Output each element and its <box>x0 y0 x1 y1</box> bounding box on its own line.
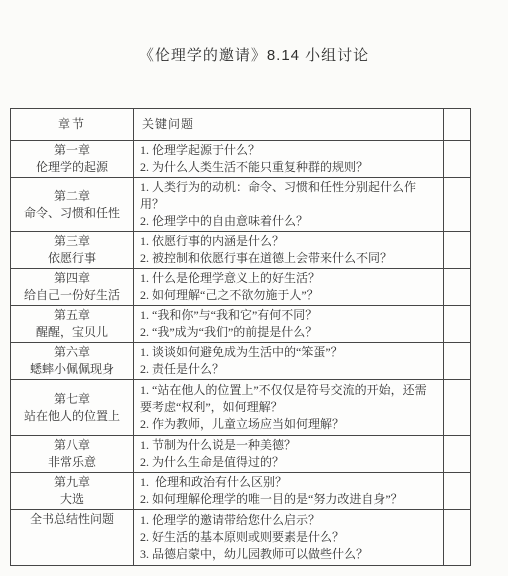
question-line: 1. 伦理学的邀请带给您什么启示？ <box>140 512 437 529</box>
chapter-line: 第九章 <box>14 474 130 491</box>
score-cell <box>444 232 471 269</box>
chapter-line: 第八章 <box>14 437 130 454</box>
score-cell <box>444 306 471 343</box>
table-row: 第九章 大选 1. 伦理和政治有什么区别？ 2. 如何理解伦理学的唯一目的是“努… <box>11 473 471 510</box>
chapter-cell: 第五章 醒醒，宝贝儿 <box>11 306 134 343</box>
question-line: 2. 好生活的基本原则或则要素是什么？ <box>140 529 437 546</box>
chapter-cell: 第二章 命令、习惯和任性 <box>11 178 134 232</box>
questions-cell: 1. 依愿行事的内涵是什么？ 2. 被控制和依愿行事在道德上会带来什么不同？ <box>134 232 444 269</box>
question-line: 1. 节制为什么说是一种美德？ <box>140 437 437 454</box>
chapter-line: 依愿行事 <box>14 250 130 267</box>
chapter-cell: 第四章 给自己一份好生活 <box>11 269 134 306</box>
chapter-cell: 第八章 非常乐意 <box>11 436 134 473</box>
table-row: 第七章 站在他人的位置上 1. “站在他人的位置上”不仅仅是符号交流的开始，还需… <box>11 380 471 436</box>
chapter-cell: 第七章 站在他人的位置上 <box>11 380 134 436</box>
document-page: 《伦理学的邀请》8.14 小组讨论 章节 关键问题 第一章 伦理学的起源 1. … <box>0 0 508 576</box>
chapter-cell: 第一章 伦理学的起源 <box>11 141 134 178</box>
score-cell <box>444 141 471 178</box>
question-line: 2. 为什么生命是值得过的？ <box>140 454 437 471</box>
question-line: 2. 如何理解伦理学的唯一目的是“努力改进自身”？ <box>140 491 437 508</box>
question-line: 1. 人类行为的动机：命令、习惯和任性分别起什么作用？ <box>140 179 437 213</box>
header-questions: 关键问题 <box>134 109 444 141</box>
question-line: 1. 伦理和政治有什么区别？ <box>140 474 437 491</box>
score-cell <box>444 343 471 380</box>
chapter-line: 第七章 <box>14 391 130 408</box>
question-line: 1. 谈谈如何避免成为生活中的“笨蛋”？ <box>140 344 437 361</box>
table-row: 第八章 非常乐意 1. 节制为什么说是一种美德？ 2. 为什么生命是值得过的？ <box>11 436 471 473</box>
chapter-line: 给自己一份好生活 <box>14 287 130 304</box>
chapter-line: 第一章 <box>14 142 130 159</box>
questions-cell: 1. 伦理学的邀请带给您什么启示？ 2. 好生活的基本原则或则要素是什么？ 3.… <box>134 510 444 566</box>
question-line: 2. 伦理学中的自由意味着什么？ <box>140 213 437 230</box>
questions-cell: 1. 伦理学起源于什么？ 2. 为什么人类生活不能只重复种群的规则？ <box>134 141 444 178</box>
table-row: 第五章 醒醒，宝贝儿 1. “我和你”与“我和它”有何不同？ 2. “我”成为“… <box>11 306 471 343</box>
table-row: 第三章 依愿行事 1. 依愿行事的内涵是什么？ 2. 被控制和依愿行事在道德上会… <box>11 232 471 269</box>
discussion-table: 章节 关键问题 第一章 伦理学的起源 1. 伦理学起源于什么？ 2. 为什么人类… <box>10 108 471 566</box>
table-row: 第四章 给自己一份好生活 1. 什么是伦理学意义上的好生活？ 2. 如何理解“己… <box>11 269 471 306</box>
question-line: 2. 为什么人类生活不能只重复种群的规则？ <box>140 159 437 176</box>
questions-cell: 1. 谈谈如何避免成为生活中的“笨蛋”？ 2. 责任是什么？ <box>134 343 444 380</box>
score-cell <box>444 380 471 436</box>
chapter-line: 伦理学的起源 <box>14 159 130 176</box>
header-score <box>444 109 471 141</box>
questions-cell: 1. 节制为什么说是一种美德？ 2. 为什么生命是值得过的？ <box>134 436 444 473</box>
chapter-line: 非常乐意 <box>14 454 130 471</box>
score-cell <box>444 473 471 510</box>
chapter-line: 大选 <box>14 491 130 508</box>
table-row: 全书总结性问题 1. 伦理学的邀请带给您什么启示？ 2. 好生活的基本原则或则要… <box>11 510 471 566</box>
questions-cell: 1. 什么是伦理学意义上的好生活？ 2. 如何理解“己之不欲勿施于人”？ <box>134 269 444 306</box>
question-line: 3. 品德启蒙中，幼儿园教师可以做些什么？ <box>140 546 437 563</box>
chapter-line: 第六章 <box>14 344 130 361</box>
chapter-cell: 全书总结性问题 <box>11 510 134 566</box>
chapter-line: 第三章 <box>14 233 130 250</box>
chapter-cell: 第六章 蟋蟀小佩佩现身 <box>11 343 134 380</box>
question-line: 2. 被控制和依愿行事在道德上会带来什么不同？ <box>140 250 437 267</box>
score-cell <box>444 436 471 473</box>
score-cell <box>444 269 471 306</box>
question-line: 2. “我”成为“我们”的前提是什么？ <box>140 324 437 341</box>
score-cell <box>444 178 471 232</box>
header-chapter: 章节 <box>11 109 134 141</box>
question-line: 2. 作为教师，儿童立场应当如何理解？ <box>140 416 437 433</box>
score-cell <box>444 510 471 566</box>
questions-cell: 1. “我和你”与“我和它”有何不同？ 2. “我”成为“我们”的前提是什么？ <box>134 306 444 343</box>
questions-cell: 1. 伦理和政治有什么区别？ 2. 如何理解伦理学的唯一目的是“努力改进自身”？ <box>134 473 444 510</box>
question-line: 1. “站在他人的位置上”不仅仅是符号交流的开始，还需要考虑“权利”，如何理解？ <box>140 382 437 416</box>
question-line: 2. 责任是什么？ <box>140 361 437 378</box>
chapter-line: 第五章 <box>14 307 130 324</box>
question-line: 1. 什么是伦理学意义上的好生活？ <box>140 270 437 287</box>
questions-cell: 1. 人类行为的动机：命令、习惯和任性分别起什么作用？ 2. 伦理学中的自由意味… <box>134 178 444 232</box>
question-line: 1. 依愿行事的内涵是什么？ <box>140 233 437 250</box>
question-line: 2. 如何理解“己之不欲勿施于人”？ <box>140 287 437 304</box>
table-row: 第一章 伦理学的起源 1. 伦理学起源于什么？ 2. 为什么人类生活不能只重复种… <box>11 141 471 178</box>
chapter-line: 蟋蟀小佩佩现身 <box>14 361 130 378</box>
chapter-cell: 第九章 大选 <box>11 473 134 510</box>
document-title: 《伦理学的邀请》8.14 小组讨论 <box>0 44 508 65</box>
chapter-line: 全书总结性问题 <box>14 511 130 528</box>
question-line: 1. 伦理学起源于什么？ <box>140 142 437 159</box>
chapter-line: 第二章 <box>14 188 130 205</box>
questions-cell: 1. “站在他人的位置上”不仅仅是符号交流的开始，还需要考虑“权利”，如何理解？… <box>134 380 444 436</box>
chapter-line: 醒醒，宝贝儿 <box>14 324 130 341</box>
chapter-cell: 第三章 依愿行事 <box>11 232 134 269</box>
chapter-line: 站在他人的位置上 <box>14 408 130 425</box>
question-line: 1. “我和你”与“我和它”有何不同？ <box>140 307 437 324</box>
chapter-line: 命令、习惯和任性 <box>14 205 130 222</box>
table-header-row: 章节 关键问题 <box>11 109 471 141</box>
table-row: 第六章 蟋蟀小佩佩现身 1. 谈谈如何避免成为生活中的“笨蛋”？ 2. 责任是什… <box>11 343 471 380</box>
table-row: 第二章 命令、习惯和任性 1. 人类行为的动机：命令、习惯和任性分别起什么作用？… <box>11 178 471 232</box>
chapter-line: 第四章 <box>14 270 130 287</box>
